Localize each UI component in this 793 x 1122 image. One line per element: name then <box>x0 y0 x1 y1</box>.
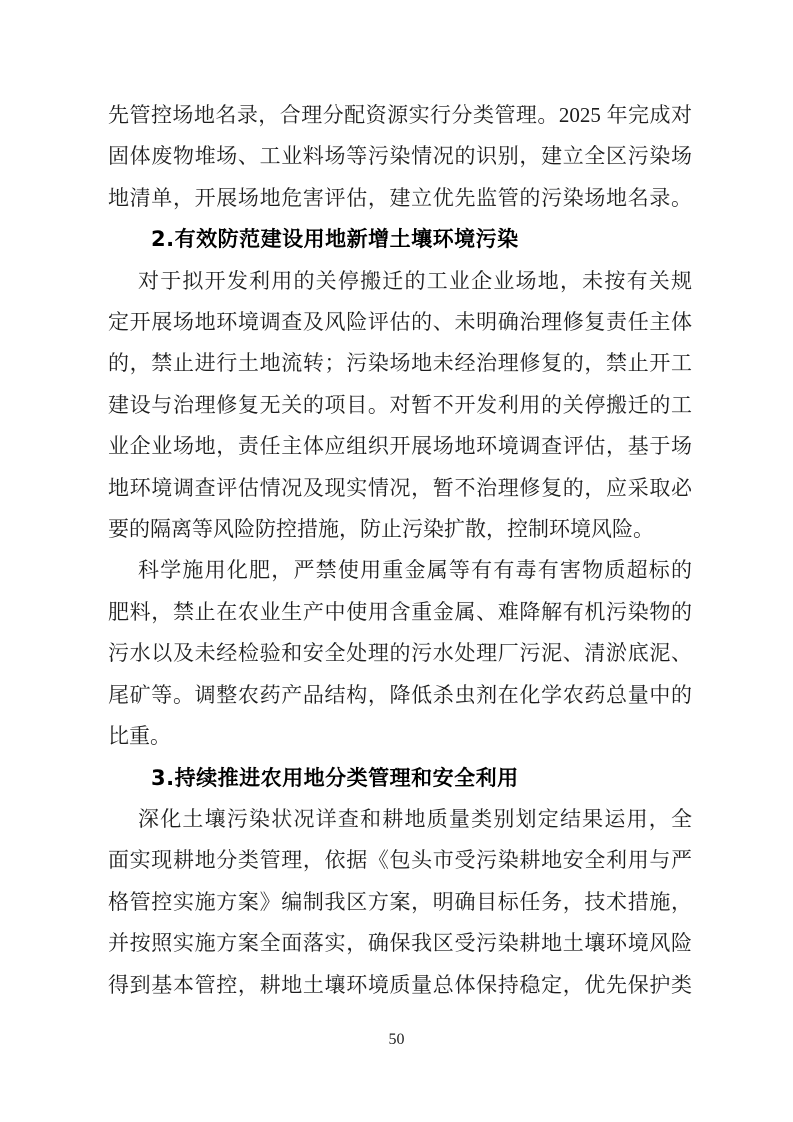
text-line: 地环境调查评估情况及现实情况，暂不治理修复的，应采取必 <box>108 468 692 509</box>
section-heading-2: 2.有效防范建设用地新增土壤环境污染 <box>108 219 692 260</box>
text-line: 面实现耕地分类管理，依据《包头市受污染耕地安全利用与严 <box>108 840 692 881</box>
text-line: 并按照实施方案全面落实，确保我区受污染耕地土壤环境风险 <box>108 923 692 964</box>
text-line: 深化土壤污染状况详查和耕地质量类别划定结果运用，全 <box>108 799 692 840</box>
text-line: 地清单，开展场地危害评估，建立优先监管的污染场地名录。 <box>108 178 692 219</box>
text-line: 定开展场地环境调查及风险评估的、未明确治理修复责任主体 <box>108 302 692 343</box>
paragraph: 对于拟开发利用的关停搬迁的工业企业场地，未按有关规 定开展场地环境调查及风险评估… <box>108 261 692 551</box>
text-line: 比重。 <box>108 716 692 757</box>
text-line: 得到基本管控，耕地土壤环境质量总体保持稳定，优先保护类 <box>108 965 692 1006</box>
document-page: 先管控场地名录，合理分配资源实行分类管理。2025 年完成对 固体废物堆场、工业… <box>0 0 793 1122</box>
text-line: 先管控场地名录，合理分配资源实行分类管理。2025 年完成对 <box>108 95 692 136</box>
paragraph: 科学施用化肥，严禁使用重金属等有有毒有害物质超标的 肥料，禁止在农业生产中使用含… <box>108 550 692 757</box>
text-line: 对于拟开发利用的关停搬迁的工业企业场地，未按有关规 <box>108 261 692 302</box>
text-line: 格管控实施方案》编制我区方案，明确目标任务，技术措施， <box>108 882 692 923</box>
text-line: 肥料，禁止在农业生产中使用含重金属、难降解有机污染物的 <box>108 592 692 633</box>
text-line: 污水以及未经检验和安全处理的污水处理厂污泥、清淤底泥、 <box>108 633 692 674</box>
paragraph: 深化土壤污染状况详查和耕地质量类别划定结果运用，全 面实现耕地分类管理，依据《包… <box>108 799 692 1006</box>
paragraph: 先管控场地名录，合理分配资源实行分类管理。2025 年完成对 固体废物堆场、工业… <box>108 95 692 219</box>
section-heading-3: 3.持续推进农用地分类管理和安全利用 <box>108 758 692 799</box>
text-line: 要的隔离等风险防控措施，防止污染扩散，控制环境风险。 <box>108 509 692 550</box>
text-line: 尾矿等。调整农药产品结构，降低杀虫剂在化学农药总量中的 <box>108 675 692 716</box>
text-line: 业企业场地，责任主体应组织开展场地环境调查评估，基于场 <box>108 426 692 467</box>
text-line: 的，禁止进行土地流转；污染场地未经治理修复的，禁止开工 <box>108 343 692 384</box>
text-line: 建设与治理修复无关的项目。对暂不开发利用的关停搬迁的工 <box>108 385 692 426</box>
text-line: 科学施用化肥，严禁使用重金属等有有毒有害物质超标的 <box>108 550 692 591</box>
page-number: 50 <box>0 1031 793 1049</box>
text-block: 先管控场地名录，合理分配资源实行分类管理。2025 年完成对 固体废物堆场、工业… <box>108 95 692 1006</box>
text-line: 固体废物堆场、工业料场等污染情况的识别，建立全区污染场 <box>108 136 692 177</box>
